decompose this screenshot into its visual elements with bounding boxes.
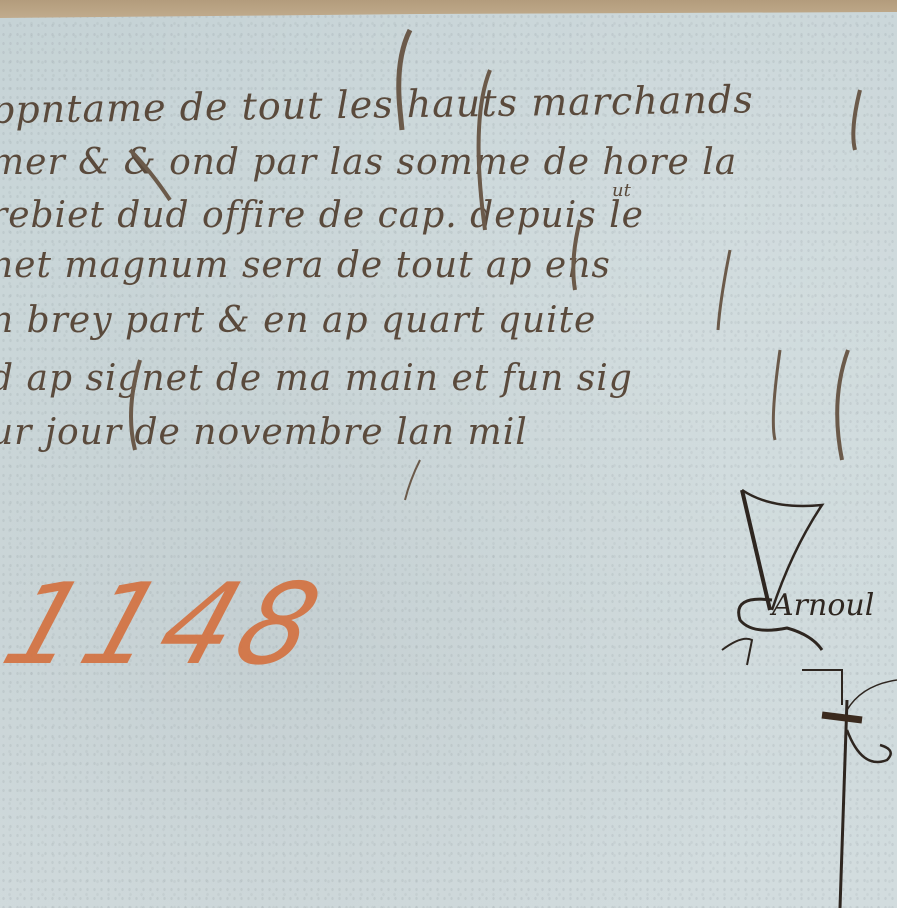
signature-block: Arnoul [712, 470, 897, 908]
signature-flourish-icon [712, 470, 897, 908]
archive-number: 1148 [0, 560, 340, 690]
signature-name: Arnoul [772, 588, 874, 623]
